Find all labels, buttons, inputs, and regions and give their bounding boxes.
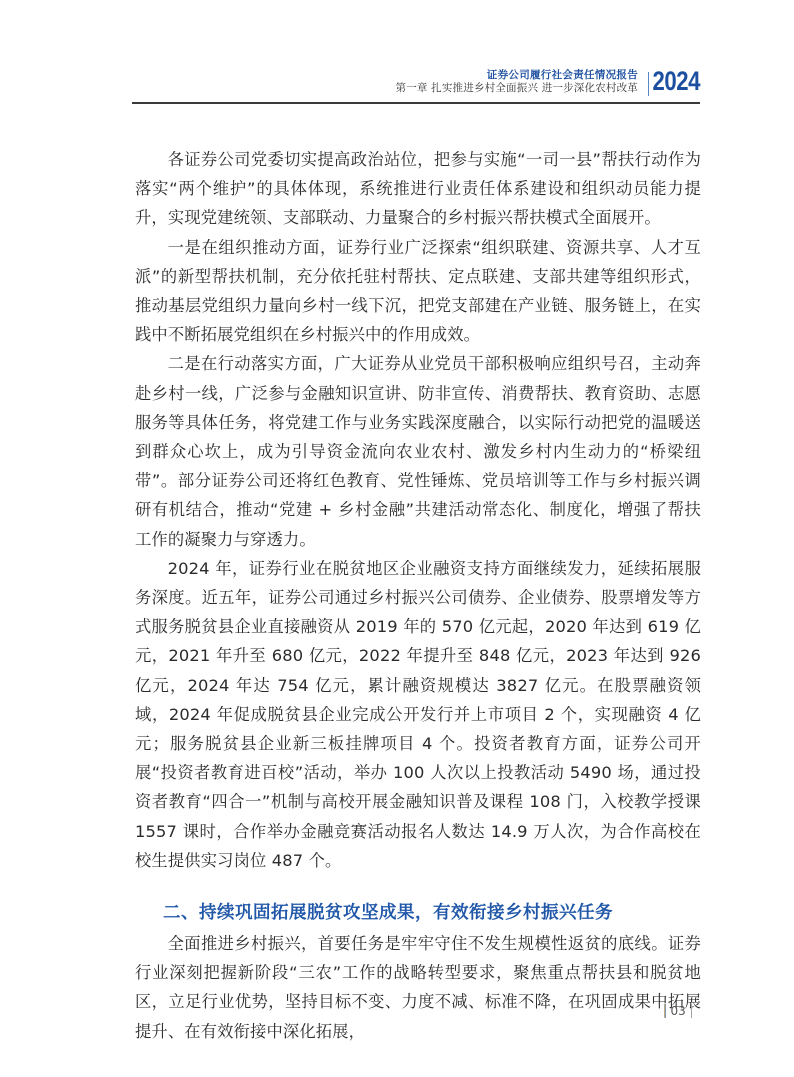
page-number-bar-right: [691, 1004, 693, 1018]
body-paragraph: 二是在行动落实方面，广大证券从业党员干部积极响应组织号召，主动奔赴乡村一线，广泛…: [135, 349, 701, 553]
body-paragraph: 2024 年，证券行业在脱贫地区企业融资支持方面继续发力，延续拓展服务深度。近五…: [135, 554, 701, 875]
page-content: 各证券公司党委切实提高政治站位，把参与实施“一司一县”帮扶行动作为落实“两个维护…: [135, 145, 701, 1046]
page-number: 03: [664, 1004, 692, 1018]
chapter-title: 第一章 扎实推进乡村全面振兴 进一步深化农村改革: [396, 82, 638, 95]
body-paragraph: 一是在组织推动方面，证券行业广泛探索“组织联建、资源共享、人才互派”的新型帮扶机…: [135, 233, 701, 350]
header-divider: [648, 72, 650, 96]
page-number-text: 03: [671, 1004, 686, 1018]
report-year: 2024: [652, 64, 700, 98]
page-header: 证券公司履行社会责任情况报告 第一章 扎实推进乡村全面振兴 进一步深化农村改革 …: [132, 64, 700, 104]
header-titles: 证券公司履行社会责任情况报告 第一章 扎实推进乡村全面振兴 进一步深化农村改革: [396, 69, 638, 95]
page-number-bar-left: [664, 1004, 666, 1018]
section-paragraph: 全面推进乡村振兴，首要任务是牢牢守住不发生规模性返贫的底线。证券行业深刻把握新阶…: [135, 929, 701, 1046]
section-heading: 二、持续巩固拓展脱贫攻坚成果，有效衔接乡村振兴任务: [135, 897, 701, 929]
report-title: 证券公司履行社会责任情况报告: [396, 69, 638, 82]
body-paragraph: 各证券公司党委切实提高政治站位，把参与实施“一司一县”帮扶行动作为落实“两个维护…: [135, 145, 701, 233]
